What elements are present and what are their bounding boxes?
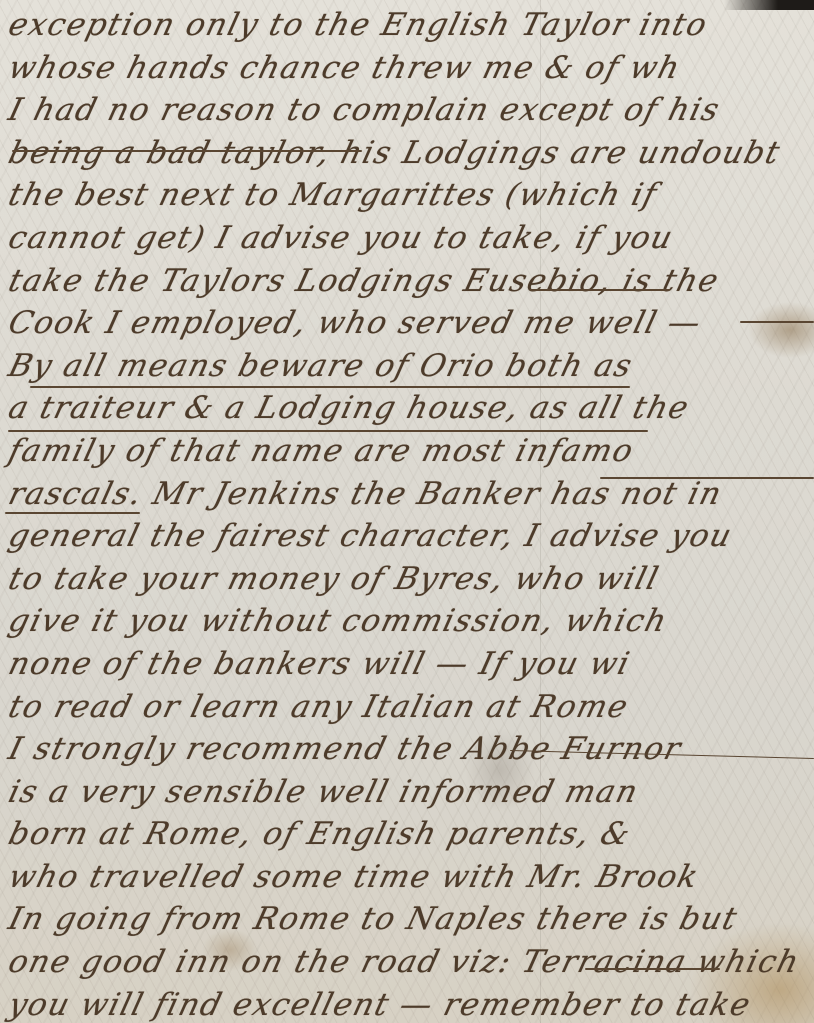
letter-line: Cook I employed, who served me well —	[4, 302, 814, 345]
letter-line: to take your money of Byres, who will	[4, 558, 814, 601]
letter-line: whose hands chance threw me & of wh	[4, 47, 814, 90]
underline-rascals	[5, 512, 140, 514]
letter-line: give it you without commission, which	[4, 600, 814, 643]
underline-lodging-house	[8, 430, 648, 432]
underline-well	[740, 321, 814, 323]
letter-line: In going from Rome to Naples there is bu…	[4, 898, 814, 941]
letter-line: I had no reason to complain except of hi…	[4, 89, 814, 132]
letter-line: cannot get) I advise you to take, if you	[4, 217, 814, 260]
letter-line: who travelled some time with Mr. Brook	[4, 856, 814, 899]
underline-terracina	[585, 968, 720, 970]
letter-line: a traiteur & a Lodging house, as all the	[4, 387, 814, 430]
letter-line: I strongly recommend the Abbe Furnor	[4, 728, 814, 771]
letter-line: rascals. Mr Jenkins the Banker has not i…	[4, 473, 814, 516]
underline-bad-taylor	[12, 150, 362, 152]
letter-line: is a very sensible well informed man	[4, 771, 814, 814]
letter-line: general the fairest character, I advise …	[4, 515, 814, 558]
letter-line: none of the bankers will — If you wi	[4, 643, 814, 686]
letter-line: take the Taylors Lodgings Eusebio, is th…	[4, 260, 814, 303]
letter-line: By all means beware of Orio both as	[4, 345, 814, 388]
underline-beware	[30, 386, 630, 388]
letter-line: the best next to Margarittes (which if	[4, 174, 814, 217]
letter-line: one good inn on the road viz: Terracina …	[4, 941, 814, 984]
letter-line: exception only to the English Taylor int…	[4, 4, 814, 47]
letter-line: to read or learn any Italian at Rome	[4, 686, 814, 729]
letter-line: born at Rome, of English parents, &	[4, 813, 814, 856]
letter-line: you will find excellent — remember to ta…	[4, 984, 814, 1023]
letter-line: family of that name are most infamo	[4, 430, 814, 473]
letter-line: being a bad taylor, his Lodgings are und…	[4, 132, 814, 175]
underline-infamous	[600, 477, 814, 479]
letter-page: exception only to the English Taylor int…	[0, 0, 814, 1023]
underline-eusebio	[530, 289, 670, 291]
